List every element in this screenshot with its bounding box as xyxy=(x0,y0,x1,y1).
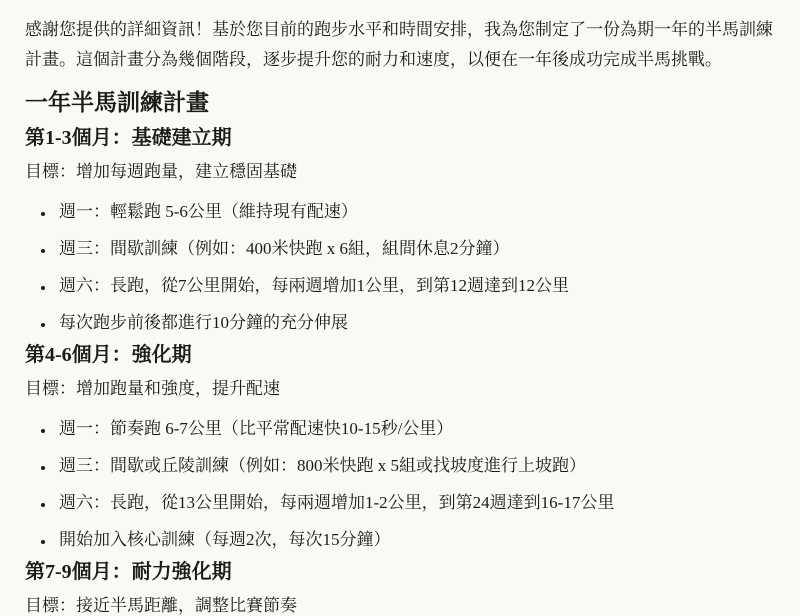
list-item: 每次跑步前後都進行10分鐘的充分伸展 xyxy=(55,311,775,334)
list-item: 週三：間歇訓練（例如：400米快跑 x 6組，組間休息2分鐘） xyxy=(55,237,775,260)
plan-title: 一年半馬訓練計畫 xyxy=(25,89,775,117)
bullet-list-phase-1-3: 週一：輕鬆跑 5-6公里（維持現有配速） 週三：間歇訓練（例如：400米快跑 x… xyxy=(25,200,775,334)
list-item: 週六：長跑，從13公里開始，每兩週增加1-2公里，到第24週達到16-17公里 xyxy=(55,491,775,514)
section-goal-phase-7-9: 目標：接近半馬距離，調整比賽節奏 xyxy=(25,594,775,616)
bullet-list-phase-4-6: 週一：節奏跑 6-7公里（比平常配速快10-15秒/公里） 週三：間歇或丘陵訓練… xyxy=(25,417,775,551)
section-heading-phase-7-9: 第7-9個月：耐力強化期 xyxy=(25,559,775,586)
list-item: 週三：間歇或丘陵訓練（例如：800米快跑 x 5組或找坡度進行上坡跑） xyxy=(55,454,775,477)
training-plan-document: 感謝您提供的詳細資訊！基於您目前的跑步水平和時間安排，我為您制定了一份為期一年的… xyxy=(0,0,800,616)
intro-paragraph: 感謝您提供的詳細資訊！基於您目前的跑步水平和時間安排，我為您制定了一份為期一年的… xyxy=(25,15,775,75)
section-phase-1-3: 第1-3個月：基礎建立期 目標：增加每週跑量，建立穩固基礎 週一：輕鬆跑 5-6… xyxy=(25,125,775,334)
list-item: 週六：長跑，從7公里開始，每兩週增加1公里，到第12週達到12公里 xyxy=(55,274,775,297)
list-item: 週一：節奏跑 6-7公里（比平常配速快10-15秒/公里） xyxy=(55,417,775,440)
section-heading-phase-1-3: 第1-3個月：基礎建立期 xyxy=(25,125,775,152)
section-goal-phase-1-3: 目標：增加每週跑量，建立穩固基礎 xyxy=(25,160,775,184)
section-goal-phase-4-6: 目標：增加跑量和強度，提升配速 xyxy=(25,377,775,401)
section-phase-7-9: 第7-9個月：耐力強化期 目標：接近半馬距離，調整比賽節奏 xyxy=(25,559,775,616)
list-item: 週一：輕鬆跑 5-6公里（維持現有配速） xyxy=(55,200,775,223)
section-phase-4-6: 第4-6個月：強化期 目標：增加跑量和強度，提升配速 週一：節奏跑 6-7公里（… xyxy=(25,342,775,551)
section-heading-phase-4-6: 第4-6個月：強化期 xyxy=(25,342,775,369)
list-item: 開始加入核心訓練（每週2次，每次15分鐘） xyxy=(55,528,775,551)
